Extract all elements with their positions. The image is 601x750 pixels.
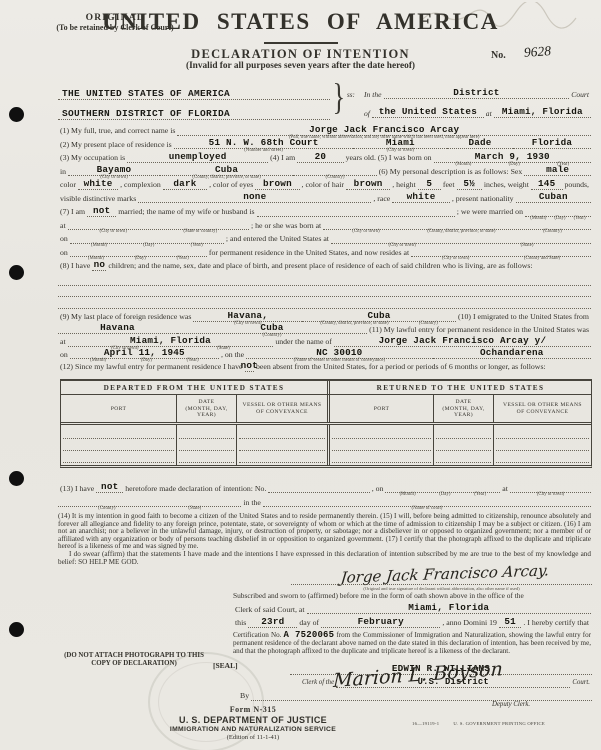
department-name: U. S. DEPARTMENT OF JUSTICE — [128, 715, 378, 725]
form-line: at (City or town)(State or country); he … — [58, 217, 591, 231]
form-blank — [268, 481, 369, 493]
form-label: in — [58, 167, 68, 177]
typed-value: Havana — [100, 323, 135, 333]
form-label: been absent from the United States, for … — [254, 362, 548, 372]
gpo-name: U. S. GOVERNMENT PRINTING OFFICE — [453, 721, 545, 726]
printing-office-line: 16—19119-1 U. S. GOVERNMENT PRINTING OFF… — [412, 721, 545, 726]
typed-value: NC 30010 — [316, 348, 362, 358]
form-label: color — [58, 180, 78, 190]
form-blank: Havana,(City or town) — [193, 310, 302, 322]
absence-table-header: DEPARTED FROM THE UNITED STATES RETURNED… — [61, 381, 591, 395]
typed-value: Miami, Florida — [502, 107, 583, 117]
ss-notation: ss: — [347, 91, 355, 99]
form-blank: (County)(State) — [58, 495, 241, 507]
typed-value: Cuba — [367, 311, 390, 321]
form-label: , on the — [219, 350, 246, 360]
table-cell — [433, 425, 493, 465]
column-header: Date (Month, day, year) — [433, 395, 493, 422]
form-label: of — [362, 109, 372, 119]
form-blank: Cuba(Country) — [177, 322, 367, 334]
form-blank: (City or town)(State or country) — [68, 218, 249, 230]
absence-table: DEPARTED FROM THE UNITED STATES RETURNED… — [60, 379, 592, 468]
form-label: (11) My lawful entry for permanent resid… — [367, 325, 591, 335]
form-label: , race — [371, 194, 392, 204]
form-blank: April 11, 1945(Month)(Day)(Year) — [70, 347, 219, 359]
form-label: in the — [241, 498, 263, 508]
typed-value — [424, 496, 430, 506]
form-line: visible distinctive marksnone, racewhite… — [58, 190, 591, 204]
form-blank: not — [96, 481, 123, 493]
table-cell — [327, 425, 433, 465]
typed-value: Cuba — [260, 323, 283, 333]
form-line: this23rdday ofFebruary, anno Domini 1951… — [233, 614, 591, 628]
column-header: Port — [61, 395, 176, 422]
form-label: , color of eyes — [207, 180, 255, 190]
form-label: (9) My last place of foreign residence w… — [58, 312, 193, 322]
form-blank: Dade — [447, 137, 513, 149]
form-blank: (Month)(Day)(Year) — [525, 205, 591, 217]
form-blank: (City or town)(County, district, provinc… — [323, 218, 591, 230]
form-label: on — [58, 350, 70, 360]
typed-value: not — [241, 361, 258, 371]
hole-punch — [9, 265, 24, 280]
court-caption-line: THE UNITED STATES OF AMERICA — [58, 80, 330, 100]
form-blank: Miami, Florida(City or town)(State) — [68, 335, 274, 347]
form-label: at — [484, 109, 494, 119]
declaration-number-label: No. — [491, 50, 506, 61]
blank-caption: (County)(State) — [62, 506, 238, 512]
form-blank: Jorge Jack Francisco Arcay y/ — [334, 335, 591, 347]
form-footer: Form N-315 U. S. DEPARTMENT OF JUSTICE I… — [128, 705, 378, 741]
typed-value: 51 — [504, 617, 516, 627]
form-line: on (Month)(Day)(Year)for permanent resid… — [58, 244, 591, 258]
form-label: at — [58, 337, 68, 347]
typed-value: none — [243, 192, 266, 202]
column-header: Port — [327, 395, 433, 422]
table-cell — [61, 425, 176, 465]
form-blank: no — [92, 259, 106, 271]
typed-value: 20 — [315, 152, 327, 162]
typed-value: April 11, 1945 — [104, 348, 185, 358]
typed-value: brown — [354, 179, 383, 189]
form-label: heretofore made declaration of intention… — [123, 484, 268, 494]
typed-value: Ochandarena — [480, 348, 544, 358]
form-label: ; we were married on — [455, 207, 525, 217]
form-blank: white — [78, 178, 118, 190]
form-label: pounds, — [563, 180, 591, 190]
typed-value: Florida — [532, 138, 572, 148]
form-blank: 145 — [531, 178, 563, 190]
form-label: day of — [297, 618, 321, 628]
form-blank — [58, 297, 591, 309]
typed-value — [498, 246, 504, 256]
form-blank — [257, 205, 455, 217]
typed-value — [147, 496, 153, 506]
form-blank: NC 30010(Name of vessel or other means o… — [246, 347, 432, 359]
form-label: inches, weight — [482, 180, 531, 190]
form-line: colorwhite, complexiondark, color of eye… — [58, 176, 591, 190]
form-label: (6) My personal description is as follow… — [377, 167, 525, 177]
returned-header: RETURNED TO THE UNITED STATES — [327, 381, 591, 394]
typed-value: March 9, 1930 — [475, 152, 550, 162]
typed-value: Miami, Florida — [130, 336, 211, 346]
form-line: (County)(State)in the (Name of court) — [58, 493, 591, 507]
court-caption: THE UNITED STATES OF AMERICA SOUTHERN DI… — [58, 80, 330, 120]
typed-value: 145 — [538, 179, 555, 189]
form-blank: (City or town) — [510, 481, 591, 493]
form-label: Court — [569, 90, 591, 100]
typed-value: 51 N. W. 68th Court — [209, 138, 319, 148]
form-title: DECLARATION OF INTENTION — [0, 47, 601, 62]
typed-value: not — [93, 206, 110, 216]
typed-value: white — [407, 192, 436, 202]
typed-value — [458, 233, 464, 243]
table-cell — [236, 425, 327, 465]
table-cell — [493, 425, 591, 465]
form-line: (9) My last place of foreign residence w… — [58, 309, 591, 322]
form-blank: (Name of court) — [263, 495, 591, 507]
typed-value — [454, 219, 460, 229]
form-label: married; the name of my wife or husband … — [116, 207, 256, 217]
form-blank: male — [524, 164, 591, 176]
form-blank — [58, 274, 591, 286]
form-section-prior-declaration: (13) I havenotheretofore made declaratio… — [58, 479, 591, 507]
form-line: onApril 11, 1945(Month)(Day)(Year), on t… — [58, 347, 591, 360]
form-label: , anno Domini 19 — [440, 618, 499, 628]
form-blank: Ochandarena — [433, 347, 591, 359]
intent-paragraph: (14) It is my intention in good faith to… — [58, 513, 591, 551]
form-blank: Miami, Florida — [494, 106, 591, 118]
form-blank: March 9, 1930(Month)(Day)(Year) — [434, 151, 591, 163]
form-label: , complexion — [118, 180, 163, 190]
table-cell — [176, 425, 236, 465]
signature-line — [291, 584, 592, 585]
departed-header: DEPARTED FROM THE UNITED STATES — [61, 381, 327, 394]
form-label: . I hereby certify that — [521, 618, 591, 628]
hole-punch — [9, 471, 24, 486]
declaration-number-value: 9628 — [523, 43, 551, 61]
form-label: on — [58, 248, 70, 258]
certification-date-line: this23rdday ofFebruary, anno Domini 1951… — [233, 614, 591, 628]
form-line: (8) I havenochildren; and the name, sex,… — [58, 257, 591, 271]
typed-value — [155, 219, 161, 229]
form-validity-note: (Invalid for all purposes seven years af… — [0, 61, 601, 71]
form-line: In theDistrictCourt — [362, 80, 591, 99]
typed-value: Miami — [386, 138, 415, 148]
form-label: (4) I am — [268, 153, 297, 163]
form-blank: not — [87, 205, 116, 217]
column-header: Vessel or Other Means of Conveyance — [236, 395, 327, 422]
form-label: , on — [370, 484, 386, 494]
column-header: Vessel or Other Means of Conveyance — [493, 395, 591, 422]
hole-punch — [9, 107, 24, 122]
form-blank: Jorge Jack Francisco Arcay(Full, true na… — [177, 124, 591, 136]
form-number: Form N-315 — [128, 705, 378, 714]
form-label: at — [58, 221, 68, 231]
form-line: (13) I havenotheretofore made declaratio… — [58, 479, 591, 493]
form-line: (2) My present place of residence is51 N… — [58, 136, 591, 150]
form-line: (3) My occupation isunemployed(4) I am20… — [58, 149, 591, 163]
form-blank: Havana — [58, 322, 177, 334]
form-label: (12) Since my lawful entry for permanent… — [58, 362, 245, 372]
typed-value: Dade — [468, 138, 491, 148]
absence-table-columns: Port Date (Month, day, year) Vessel or O… — [61, 395, 591, 425]
typed-value — [353, 206, 359, 216]
form-label: In the — [362, 90, 384, 100]
form-line — [58, 286, 591, 298]
form-blank: brown — [346, 178, 390, 190]
children-blank-lines — [58, 274, 591, 309]
form-label: , present nationality — [450, 194, 516, 204]
form-label: on — [58, 234, 70, 244]
form-label: children; and the name, sex, date and pl… — [106, 261, 534, 271]
form-label: ; and entered the United States at — [224, 234, 331, 244]
typed-value: 23rd — [261, 617, 284, 627]
typed-value — [144, 233, 150, 243]
typed-value — [440, 482, 446, 492]
form-blank: (Country) — [293, 164, 376, 176]
form-blank: Cuba(County, district, province, or stat… — [302, 310, 456, 322]
form-section-personal: (1) My full, true, and correct name isJo… — [58, 122, 591, 271]
typed-value: dark — [173, 179, 196, 189]
typed-value — [322, 275, 328, 285]
typed-value: Havana, — [228, 311, 268, 321]
typed-value — [322, 298, 328, 308]
form-label: (1) My full, true, and correct name is — [58, 126, 177, 136]
hole-punch — [9, 622, 24, 637]
typed-value: February — [358, 617, 404, 627]
form-label: (10) I emigrated to the United States fr… — [456, 312, 591, 322]
form-blank: unemployed — [127, 151, 268, 163]
typed-value: the United States — [379, 107, 477, 117]
typed-value: 5½ — [463, 179, 475, 189]
form-line: (7) I amnotmarried; the name of my wife … — [58, 203, 591, 217]
form-label: at — [500, 484, 510, 494]
typed-value — [135, 246, 141, 256]
edition-note: (Edition of 11-1-41) — [128, 734, 378, 741]
court-caption-line: SOUTHERN DISTRICT OF FLORIDA — [58, 100, 330, 120]
form-blank — [58, 285, 591, 297]
form-label: (7) I am — [58, 207, 87, 217]
form-label: this — [233, 618, 248, 628]
form-label: (8) I have — [58, 261, 92, 271]
declaration-of-intention-document: ORIGINAL (To be retained by Clerk of Cou… — [0, 0, 601, 750]
form-blank: 23rd — [248, 616, 297, 628]
form-blank: (Month)(Day)(Year) — [385, 481, 500, 493]
typed-value — [316, 482, 322, 492]
form-line — [58, 297, 591, 309]
form-label: feet — [441, 180, 457, 190]
typed-value: not — [101, 482, 118, 492]
typed-value: Bayamo — [97, 165, 132, 175]
absence-table-body — [61, 425, 591, 465]
form-blank: (City or town)(County and State) — [411, 245, 591, 257]
form-label: , height — [390, 180, 417, 190]
typed-value: Cuba — [215, 165, 238, 175]
typed-value — [322, 286, 328, 296]
typed-value: Jorge Jack Francisco Arcay — [309, 125, 459, 135]
form-blank: 20 — [297, 151, 343, 163]
form-blank: brown — [255, 178, 299, 190]
title-underline — [264, 42, 338, 44]
form-blank: dark — [163, 178, 207, 190]
intent-paragraph-block: (14) It is my intention in good faith to… — [58, 513, 591, 566]
form-blank: Florida — [513, 137, 591, 149]
form-label: visible distinctive marks — [58, 194, 138, 204]
form-blank: District — [384, 87, 570, 99]
brace-glyph: } — [333, 76, 345, 119]
clerk-location-line: Clerk of said Court, atMiami, Florida — [233, 601, 591, 614]
page-title: UNITED STATES OF AMERICA — [0, 9, 601, 35]
form-line: Clerk of said Court, atMiami, Florida — [233, 601, 591, 614]
form-blank: 51 — [499, 616, 521, 628]
form-line: inBayamo(City or town)Cuba(County, distr… — [58, 163, 591, 177]
form-label: ; he or she was born at — [249, 221, 323, 231]
form-blank: not — [245, 360, 255, 372]
form-line — [58, 274, 591, 286]
form-label: for permanent residence in the United St… — [207, 248, 411, 258]
typed-value — [548, 482, 554, 492]
form-label: years old. (5) I was born on — [344, 153, 434, 163]
form-label: (13) I have — [58, 484, 96, 494]
typed-value — [419, 690, 425, 700]
form-label: (2) My present place of residence is — [58, 140, 174, 150]
certification-number-label: Certification No. — [233, 631, 281, 639]
certification-paragraph: Certification No. A 7520065 from the Com… — [233, 630, 591, 655]
typed-value: male — [546, 165, 569, 175]
typed-value: SOUTHERN DISTRICT OF FLORIDA — [58, 108, 230, 119]
form-blank: (City or town)(State) — [331, 232, 591, 244]
column-header: Date (Month, day, year) — [176, 395, 236, 422]
typed-value: brown — [263, 179, 292, 189]
typed-value: white — [84, 179, 113, 189]
form-blank: Miami, Florida — [307, 602, 591, 614]
form-label: (3) My occupation is — [58, 153, 127, 163]
form-line: (1) My full, true, and correct name isJo… — [58, 122, 591, 136]
form-blank: Cuba(County, district, province, or stat… — [160, 164, 293, 176]
form-blank: 51 N. W. 68th Court(Number and street) — [174, 137, 354, 149]
blank-caption: (Name of court) — [269, 506, 584, 512]
form-blank: (Month)(Day)(Year) — [70, 232, 224, 244]
service-name: IMMIGRATION AND NATURALIZATION SERVICE — [128, 726, 378, 733]
typed-value: THE UNITED STATES OF AMERICA — [58, 88, 230, 99]
form-section-residence-entry: (9) My last place of foreign residence w… — [58, 309, 591, 372]
gpo-code: 16—19119-1 — [412, 721, 439, 726]
typed-value: 5 — [426, 179, 432, 189]
form-blank: Cuban — [516, 191, 591, 203]
form-blank: 5½ — [457, 178, 482, 190]
form-blank: none — [138, 191, 371, 203]
typed-value — [555, 206, 561, 216]
form-line: (12) Since my lawful entry for permanent… — [58, 359, 591, 372]
typed-value: unemployed — [169, 152, 227, 162]
form-blank: white — [392, 191, 450, 203]
typed-value — [332, 165, 338, 175]
form-label: Clerk of said Court, at — [233, 605, 307, 615]
typed-value: Cuban — [539, 192, 568, 202]
form-line: ofthe United StatesatMiami, Florida — [362, 99, 591, 118]
form-blank: (Month)(Day)(Year) — [70, 245, 207, 257]
court-name-block: In theDistrictCourtofthe United Statesat… — [362, 80, 591, 118]
subscribed-text: Subscribed and sworn to (affirmed) befor… — [233, 592, 591, 600]
deputy-clerk-label: Deputy Clerk. — [492, 701, 530, 708]
form-blank: Miami(City or town) — [353, 137, 447, 149]
typed-value: Miami, Florida — [408, 603, 489, 613]
form-blank: the United States — [372, 106, 484, 118]
form-label: under the name of — [273, 337, 334, 347]
typed-value: no — [94, 260, 106, 270]
typed-value: District — [453, 88, 499, 98]
form-label: , color of hair — [300, 180, 346, 190]
form-line: on (Month)(Day)(Year); and entered the U… — [58, 230, 591, 244]
form-line: atMiami, Florida(City or town)(State)und… — [58, 334, 591, 347]
typed-value: Jorge Jack Francisco Arcay y/ — [379, 336, 547, 346]
form-blank: 5 — [418, 178, 441, 190]
form-blank: Bayamo(City or town) — [68, 164, 160, 176]
form-line: HavanaCuba(Country)(11) My lawful entry … — [58, 322, 591, 335]
form-blank: February — [321, 616, 440, 628]
